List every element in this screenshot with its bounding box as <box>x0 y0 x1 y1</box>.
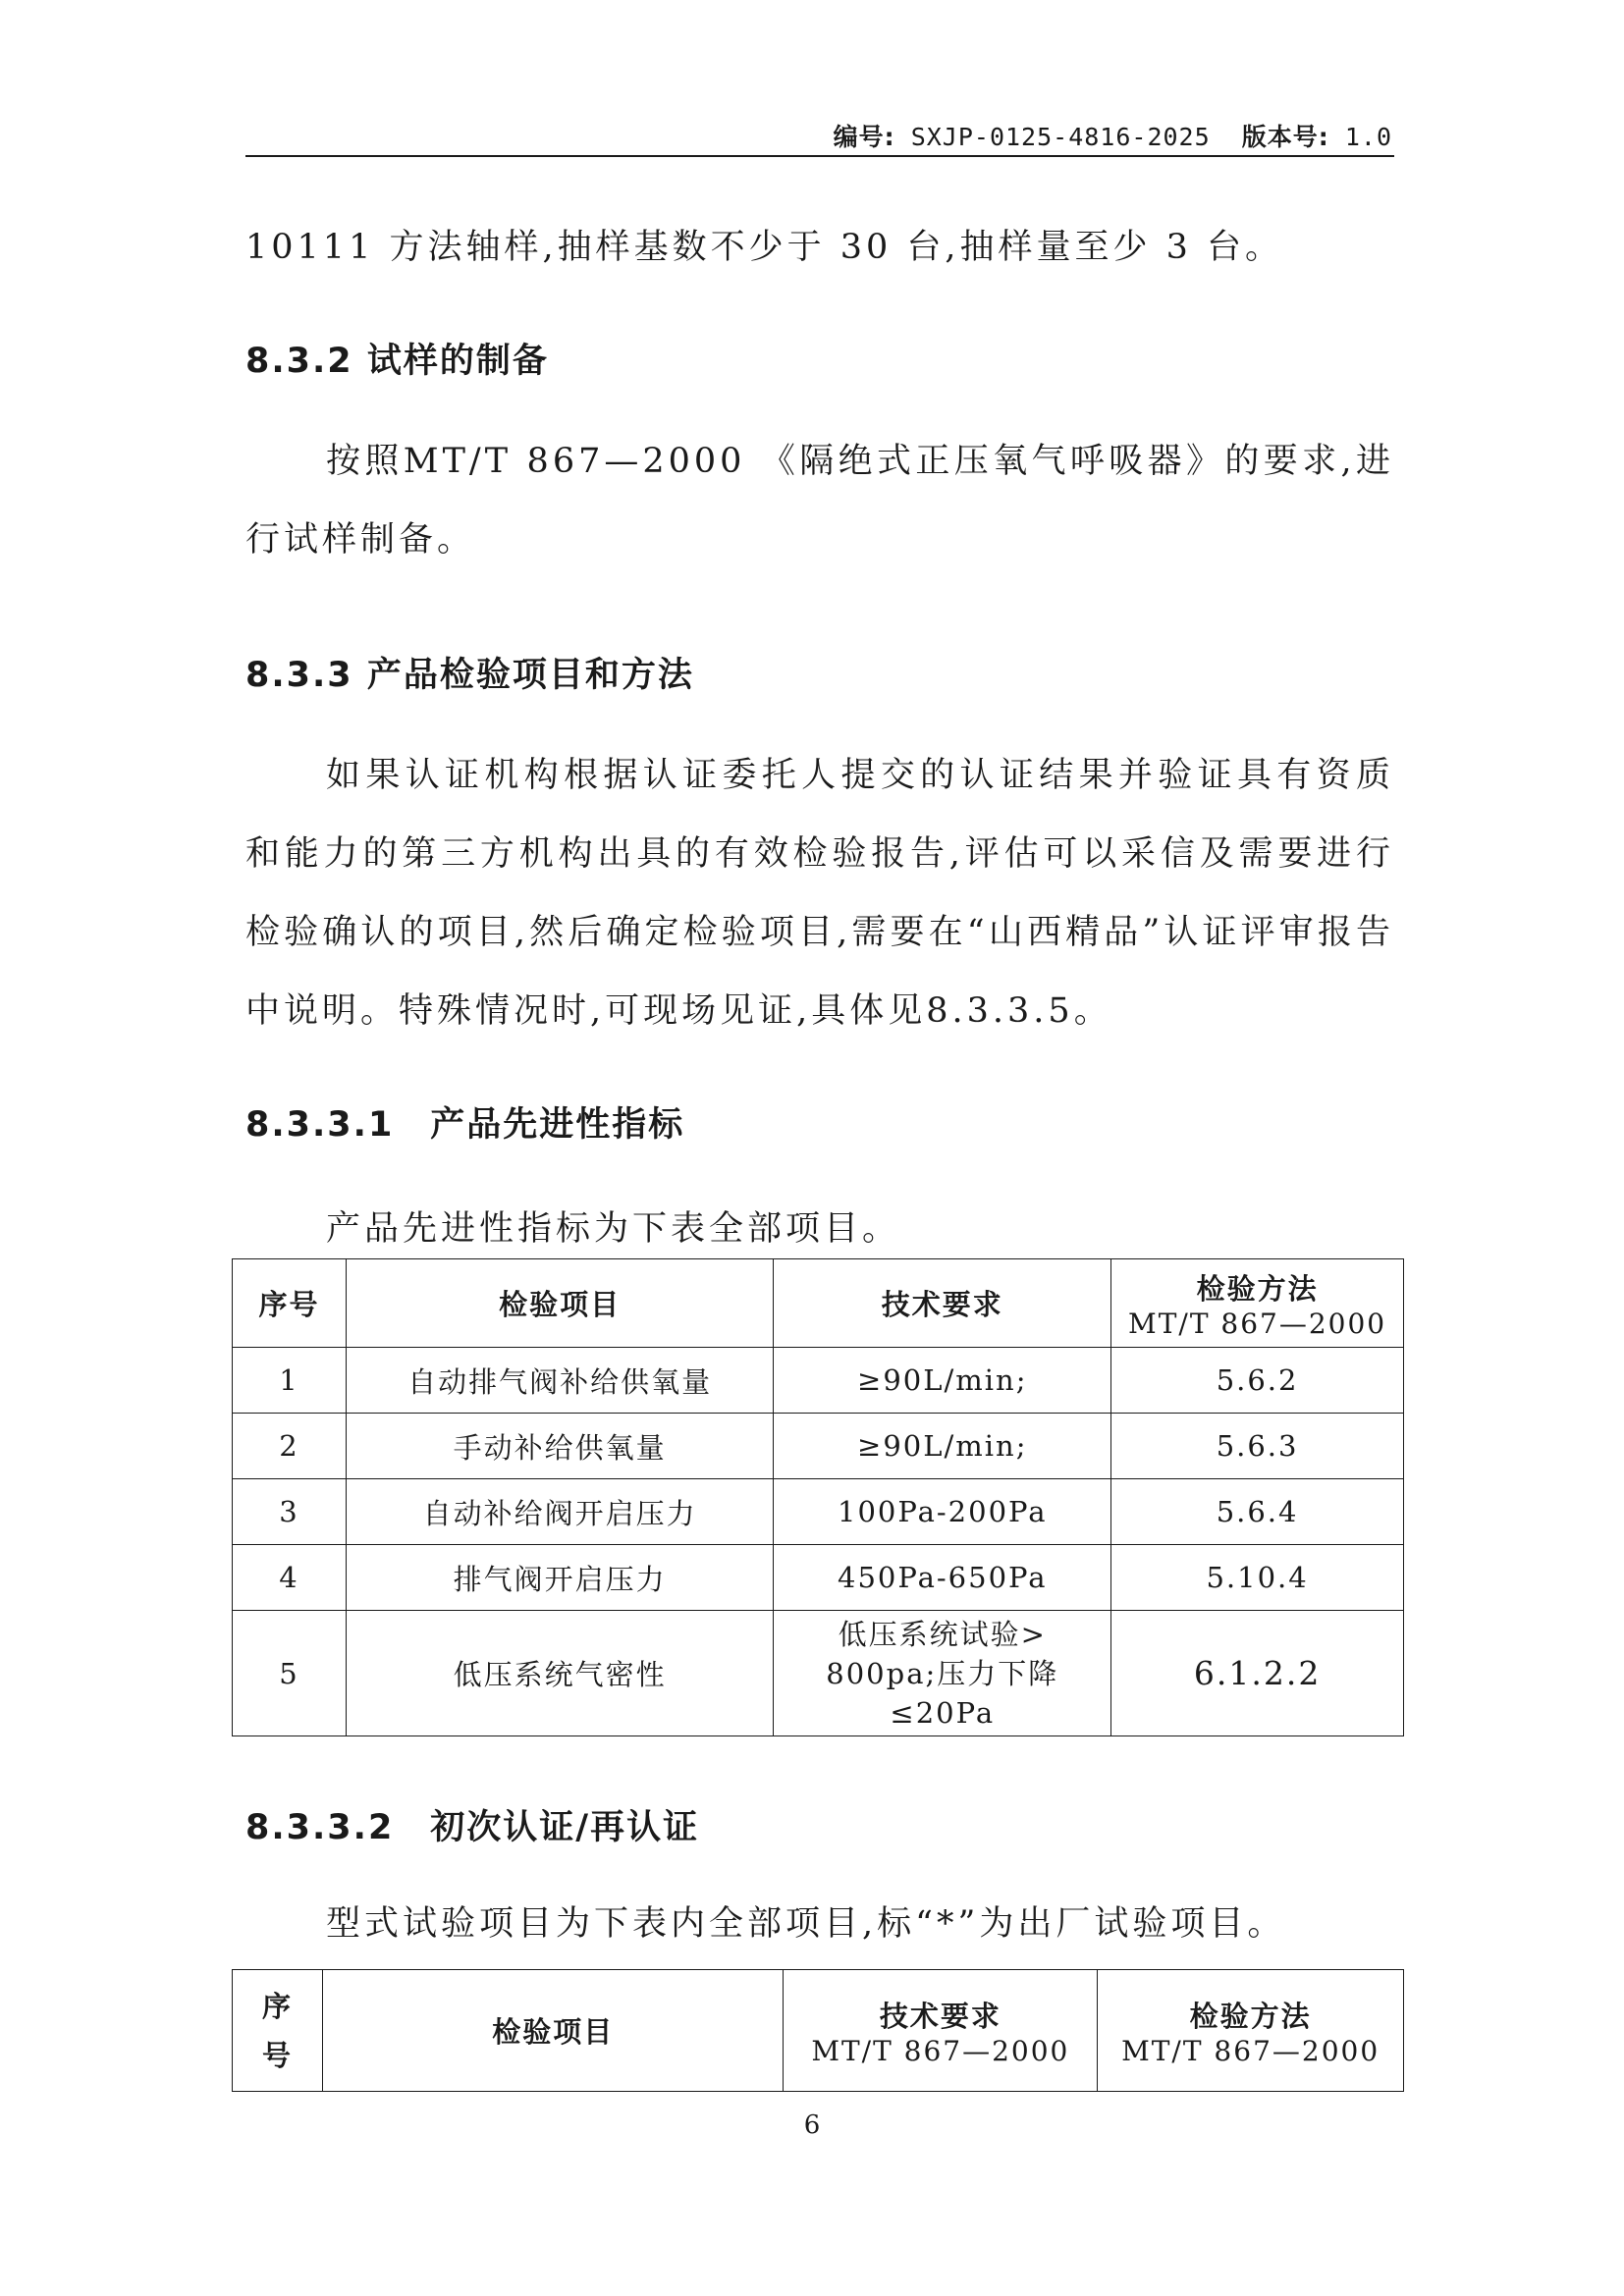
heading-8-3-3-2: 8.3.3.2 初次认证/再认证 <box>245 1800 699 1849</box>
header-no: 序号 <box>233 1259 347 1348</box>
version-label: 版本号: <box>1242 123 1329 151</box>
heading-8-3-3-1: 8.3.3.1 产品先进性指标 <box>245 1097 684 1147</box>
table-row: 4 排气阀开启压力 450Pa-650Pa 5.10.4 <box>233 1545 1404 1611</box>
table-row: 2 手动补给供氧量 ≥90L/min; 5.6.3 <box>233 1414 1404 1479</box>
heading-8-3-2: 8.3.2 试样的制备 <box>245 334 549 383</box>
header-req: 技术要求MT/T 867—2000 <box>784 1970 1098 2092</box>
table-header-row: 序号 检验项目 技术要求MT/T 867—2000 检验方法MT/T 867—2… <box>233 1970 1404 2092</box>
paragraph-8-3-3-1: 产品先进性指标为下表全部项目。 <box>245 1190 1394 1268</box>
header-method: 检验方法MT/T 867—2000 <box>1111 1259 1404 1348</box>
header-item: 检验项目 <box>322 1970 784 2092</box>
paragraph-8-3-3-2: 型式试验项目为下表内全部项目,标“*”为出厂试验项目。 <box>245 1885 1394 1963</box>
header-method: 检验方法MT/T 867—2000 <box>1098 1970 1404 2092</box>
header-item: 检验项目 <box>346 1259 774 1348</box>
document-id: 编号: SXJP-0125-4816-2025 版本号: 1.0 <box>834 118 1392 153</box>
heading-8-3-3: 8.3.3 产品检验项目和方法 <box>245 648 694 697</box>
table-row: 3 自动补给阀开启压力 100Pa-200Pa 5.6.4 <box>233 1479 1404 1545</box>
version-value: 1.0 <box>1345 123 1392 151</box>
table-row: 5 低压系统气密性 低压系统试验> 800pa;压力下降 ≤20Pa 6.1.2… <box>233 1611 1404 1736</box>
continuation-paragraph: 10111 方法轴样,抽样基数不少于 30 台,抽样量至少 3 台。 <box>245 208 1394 287</box>
advanced-indicators-table: 序号 检验项目 技术要求 检验方法MT/T 867—2000 1 自动排气阀补给… <box>232 1258 1404 1736</box>
paragraph-8-3-2: 按照MT/T 867—2000 《隔绝式正压氧气呼吸器》的要求,进行试样制备。 <box>245 422 1394 579</box>
table-row: 1 自动排气阀补给供氧量 ≥90L/min; 5.6.2 <box>233 1348 1404 1414</box>
table-header-row: 序号 检验项目 技术要求 检验方法MT/T 867—2000 <box>233 1259 1404 1348</box>
header-no: 序号 <box>233 1970 323 2092</box>
page-header: 编号: SXJP-0125-4816-2025 版本号: 1.0 <box>245 116 1394 157</box>
page-number: 6 <box>0 2110 1624 2140</box>
paragraph-8-3-3: 如果认证机构根据认证委托人提交的认证结果并验证具有资质和能力的第三方机构出具的有… <box>245 736 1394 1050</box>
header-req: 技术要求 <box>774 1259 1111 1348</box>
code-label: 编号: <box>834 123 895 151</box>
code-value: SXJP-0125-4816-2025 <box>911 123 1211 151</box>
type-test-table: 序号 检验项目 技术要求MT/T 867—2000 检验方法MT/T 867—2… <box>232 1969 1404 2092</box>
